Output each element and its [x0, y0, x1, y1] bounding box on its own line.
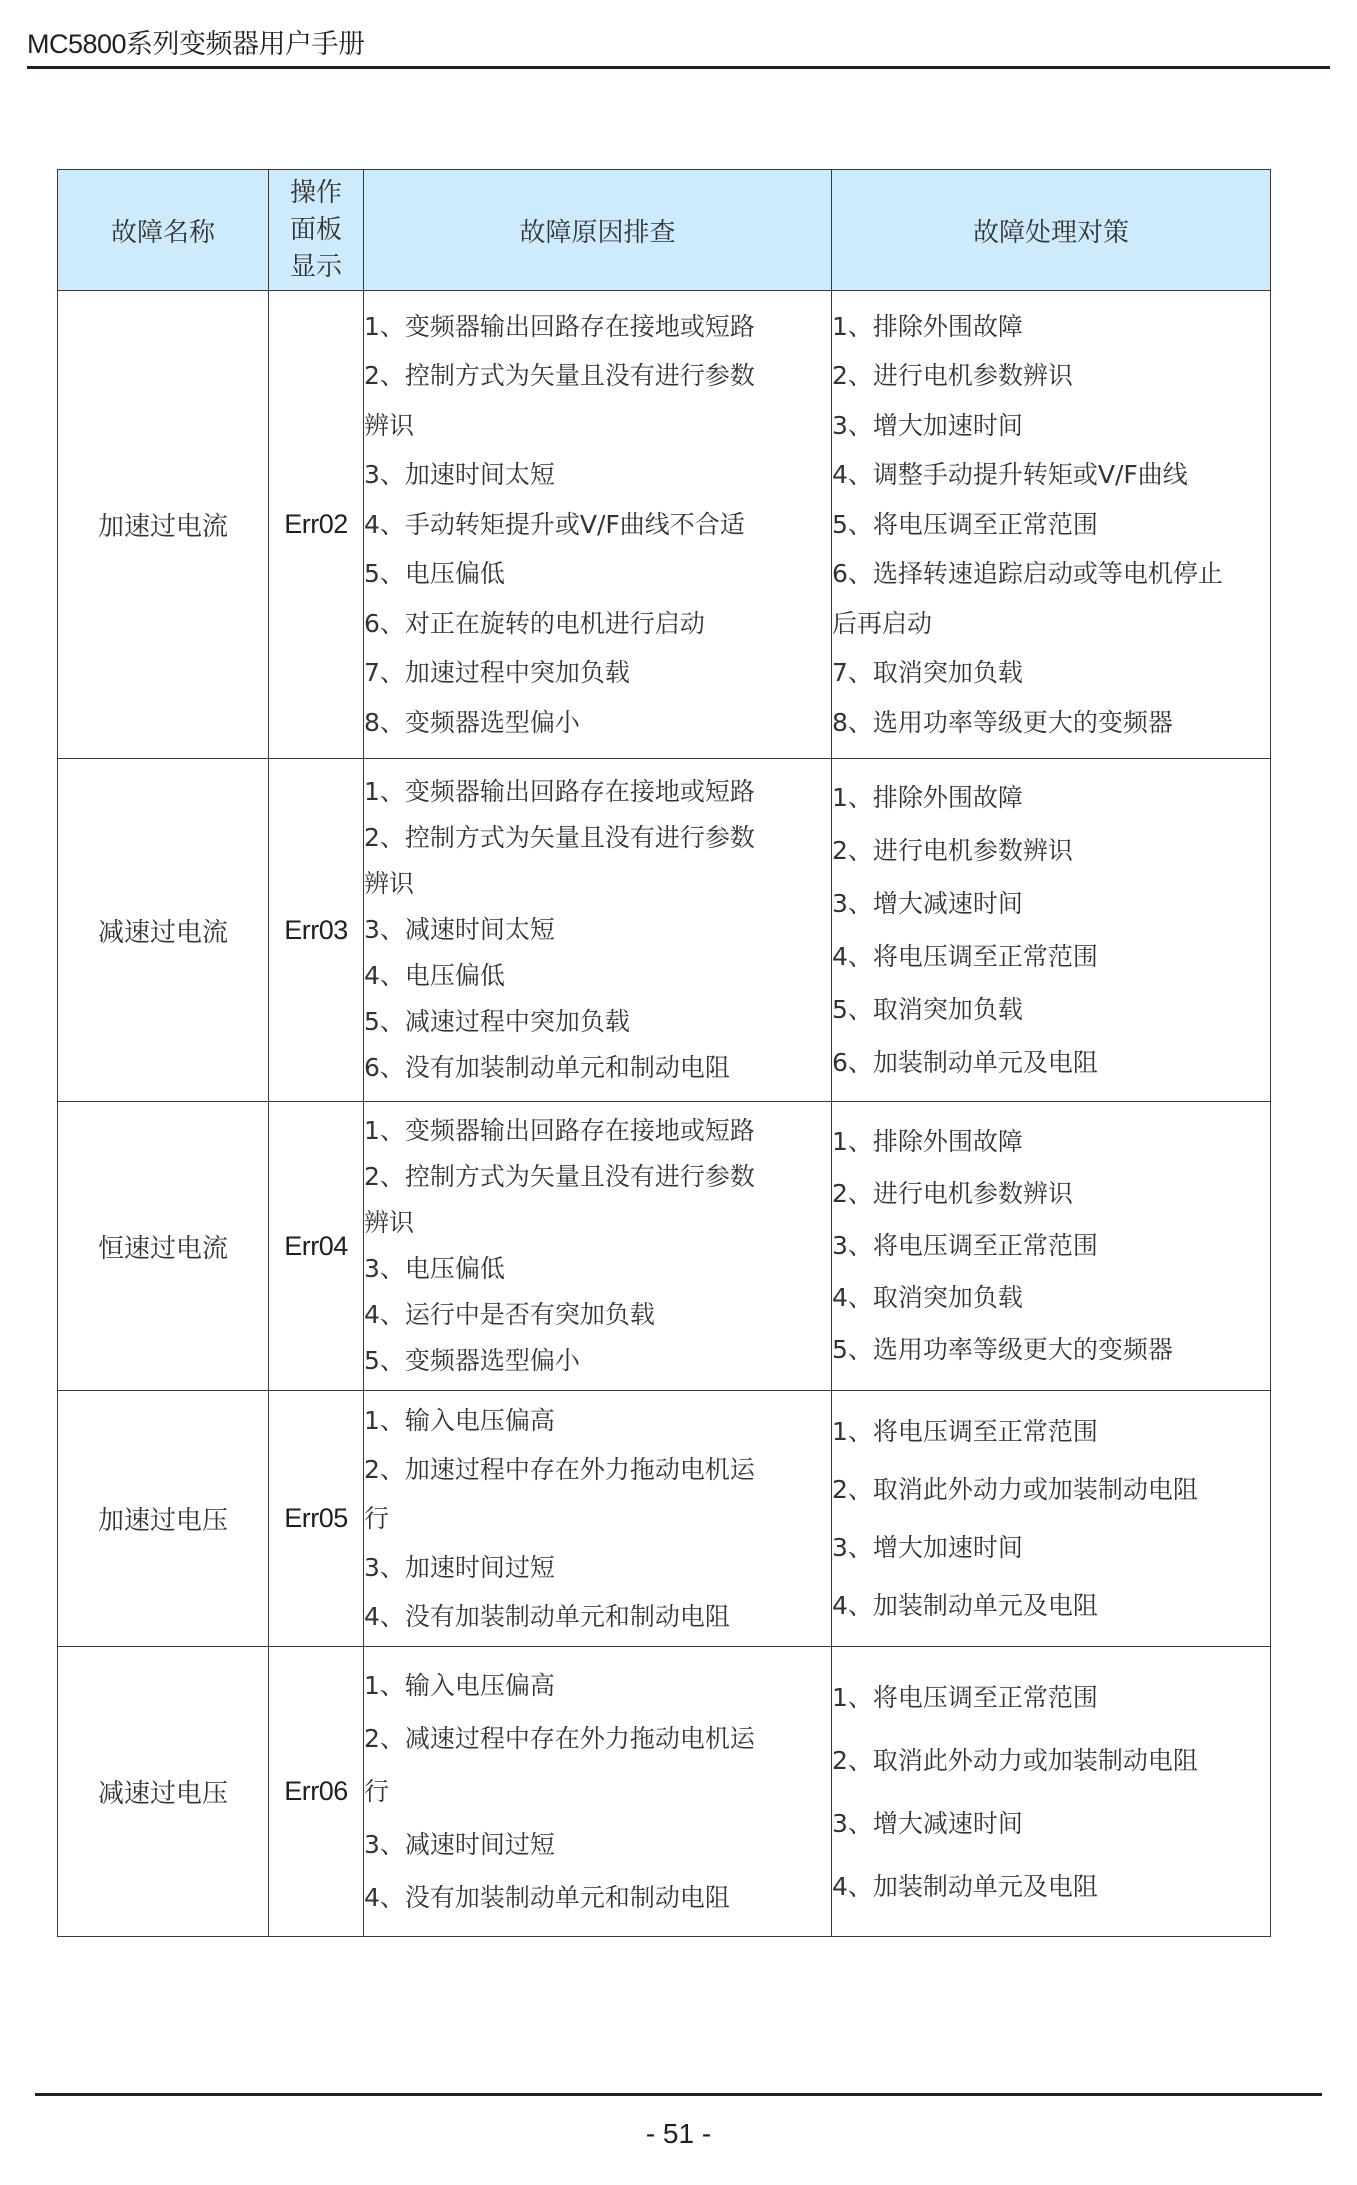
list-item-line: 行 [364, 1765, 831, 1818]
list-item-line: 4、没有加装制动单元和制动电阻 [364, 1871, 831, 1924]
list-item-line: 2、控制方式为矢量且没有进行参数 [364, 815, 831, 861]
list-item-line: 4、将电压调至正常范围 [832, 930, 1270, 983]
list-item-line: 5、电压偏低 [364, 549, 831, 599]
list-item-line: 3、加速时间太短 [364, 450, 831, 500]
list-item-line: 1、排除外围故障 [832, 1116, 1270, 1168]
list-item-line: 4、加装制动单元及电阻 [832, 1855, 1270, 1918]
header-divider [27, 66, 1330, 69]
list-item-line: 6、加装制动单元及电阻 [832, 1036, 1270, 1089]
list-item-line: 2、进行电机参数辨识 [832, 1168, 1270, 1220]
list-item-line: 1、排除外围故障 [832, 302, 1270, 352]
list-item-line: 2、加速过程中存在外力拖动电机运 [364, 1445, 831, 1494]
list-item-line: 3、增大加速时间 [832, 401, 1270, 451]
list-item-line: 4、调整手动提升转矩或V/F曲线 [832, 450, 1270, 500]
fault-cause-list: 1、输入电压偏高2、减速过程中存在外力拖动电机运行3、减速时间过短4、没有加装制… [364, 1647, 832, 1937]
table-row: 加速过电压 Err05 1、输入电压偏高2、加速过程中存在外力拖动电机运行3、加… [58, 1391, 1271, 1647]
list-item-line: 5、将电压调至正常范围 [832, 500, 1270, 550]
list-item-line: 1、将电压调至正常范围 [832, 1403, 1270, 1461]
list-item-line: 3、减速时间过短 [364, 1818, 831, 1871]
list-item-line: 7、加速过程中突加负载 [364, 648, 831, 698]
fault-cause-list: 1、变频器输出回路存在接地或短路2、控制方式为矢量且没有进行参数辨识3、加速时间… [364, 291, 832, 759]
fault-measure-list: 1、排除外围故障2、进行电机参数辨识3、增大减速时间4、将电压调至正常范围5、取… [832, 759, 1271, 1102]
list-item-line: 7、取消突加负载 [832, 648, 1270, 698]
fault-name: 加速过电流 [58, 291, 269, 759]
list-item-line: 1、变频器输出回路存在接地或短路 [364, 302, 831, 352]
list-item-line: 行 [364, 1494, 831, 1543]
header-fault-measure: 故障处理对策 [832, 170, 1271, 291]
list-item-line: 5、取消突加负载 [832, 983, 1270, 1036]
fault-name: 加速过电压 [58, 1391, 269, 1647]
list-item-line: 辨识 [364, 861, 831, 907]
header-fault-name: 故障名称 [58, 170, 269, 291]
header-panel-display: 操作 面板 显示 [269, 170, 364, 291]
fault-code: Err04 [269, 1102, 364, 1391]
page-number: - 51 - [0, 2118, 1357, 2150]
list-item-line: 2、取消此外动力或加装制动电阻 [832, 1729, 1270, 1792]
list-item-line: 3、减速时间太短 [364, 907, 831, 953]
list-item-line: 2、进行电机参数辨识 [832, 351, 1270, 401]
list-item-line: 1、输入电压偏高 [364, 1396, 831, 1445]
list-item-line: 8、变频器选型偏小 [364, 698, 831, 748]
list-item-line: 2、进行电机参数辨识 [832, 824, 1270, 877]
footer-divider [35, 2093, 1322, 2096]
header-panel-display-line: 操作 [290, 178, 342, 208]
fault-name: 减速过电压 [58, 1647, 269, 1937]
list-item-line: 6、对正在旋转的电机进行启动 [364, 599, 831, 649]
table-header-row: 故障名称 操作 面板 显示 故障原因排查 故障处理对策 [58, 170, 1271, 291]
list-item-line: 6、选择转速追踪启动或等电机停止 [832, 549, 1270, 599]
list-item-line: 辨识 [364, 1200, 831, 1246]
list-item-line: 2、控制方式为矢量且没有进行参数 [364, 351, 831, 401]
list-item-line: 5、选用功率等级更大的变频器 [832, 1324, 1270, 1376]
table-row: 减速过电压 Err06 1、输入电压偏高2、减速过程中存在外力拖动电机运行3、减… [58, 1647, 1271, 1937]
list-item-line: 1、将电压调至正常范围 [832, 1666, 1270, 1729]
table-row: 加速过电流 Err02 1、变频器输出回路存在接地或短路2、控制方式为矢量且没有… [58, 291, 1271, 759]
fault-cause-list: 1、变频器输出回路存在接地或短路2、控制方式为矢量且没有进行参数辨识3、减速时间… [364, 759, 832, 1102]
list-item-line: 1、变频器输出回路存在接地或短路 [364, 1108, 831, 1154]
fault-code: Err03 [269, 759, 364, 1102]
list-item-line: 1、排除外围故障 [832, 771, 1270, 824]
fault-measure-list: 1、排除外围故障2、进行电机参数辨识3、增大加速时间4、调整手动提升转矩或V/F… [832, 291, 1271, 759]
list-item-line: 1、输入电压偏高 [364, 1659, 831, 1712]
list-item-line: 辨识 [364, 401, 831, 451]
fault-code: Err06 [269, 1647, 364, 1937]
document-header-title: MC5800系列变频器用户手册 [27, 24, 365, 64]
list-item-line: 5、减速过程中突加负载 [364, 999, 831, 1045]
list-item-line: 1、变频器输出回路存在接地或短路 [364, 769, 831, 815]
list-item-line: 3、增大减速时间 [832, 1792, 1270, 1855]
list-item-line: 5、变频器选型偏小 [364, 1338, 831, 1384]
list-item-line: 4、取消突加负载 [832, 1272, 1270, 1324]
fault-measure-list: 1、将电压调至正常范围2、取消此外动力或加装制动电阻3、增大减速时间4、加装制动… [832, 1647, 1271, 1937]
fault-cause-list: 1、输入电压偏高2、加速过程中存在外力拖动电机运行3、加速时间过短4、没有加装制… [364, 1391, 832, 1647]
header-panel-display-line: 面板 [290, 215, 342, 245]
fault-cause-list: 1、变频器输出回路存在接地或短路2、控制方式为矢量且没有进行参数辨识3、电压偏低… [364, 1102, 832, 1391]
list-item-line: 4、加装制动单元及电阻 [832, 1577, 1270, 1635]
list-item-line: 4、运行中是否有突加负载 [364, 1292, 831, 1338]
list-item-line: 2、控制方式为矢量且没有进行参数 [364, 1154, 831, 1200]
fault-code: Err02 [269, 291, 364, 759]
fault-measure-list: 1、排除外围故障2、进行电机参数辨识3、将电压调至正常范围4、取消突加负载5、选… [832, 1102, 1271, 1391]
fault-name: 减速过电流 [58, 759, 269, 1102]
list-item-line: 4、没有加装制动单元和制动电阻 [364, 1592, 831, 1641]
list-item-line: 3、将电压调至正常范围 [832, 1220, 1270, 1272]
list-item-line: 3、电压偏低 [364, 1246, 831, 1292]
list-item-line: 后再启动 [832, 599, 1270, 649]
header-panel-display-line: 显示 [290, 252, 342, 282]
fault-measure-list: 1、将电压调至正常范围2、取消此外动力或加装制动电阻3、增大加速时间4、加装制动… [832, 1391, 1271, 1647]
list-item-line: 3、加速时间过短 [364, 1543, 831, 1592]
table-row: 恒速过电流 Err04 1、变频器输出回路存在接地或短路2、控制方式为矢量且没有… [58, 1102, 1271, 1391]
table-row: 减速过电流 Err03 1、变频器输出回路存在接地或短路2、控制方式为矢量且没有… [58, 759, 1271, 1102]
list-item-line: 4、电压偏低 [364, 953, 831, 999]
list-item-line: 2、减速过程中存在外力拖动电机运 [364, 1712, 831, 1765]
list-item-line: 2、取消此外动力或加装制动电阻 [832, 1461, 1270, 1519]
header-fault-cause: 故障原因排查 [364, 170, 832, 291]
list-item-line: 3、增大加速时间 [832, 1519, 1270, 1577]
fault-table: 故障名称 操作 面板 显示 故障原因排查 故障处理对策 加速过电流 Err02 … [57, 169, 1271, 1937]
list-item-line: 4、手动转矩提升或V/F曲线不合适 [364, 500, 831, 550]
list-item-line: 6、没有加装制动单元和制动电阻 [364, 1045, 831, 1091]
fault-name: 恒速过电流 [58, 1102, 269, 1391]
fault-code: Err05 [269, 1391, 364, 1647]
list-item-line: 3、增大减速时间 [832, 877, 1270, 930]
list-item-line: 8、选用功率等级更大的变频器 [832, 698, 1270, 748]
